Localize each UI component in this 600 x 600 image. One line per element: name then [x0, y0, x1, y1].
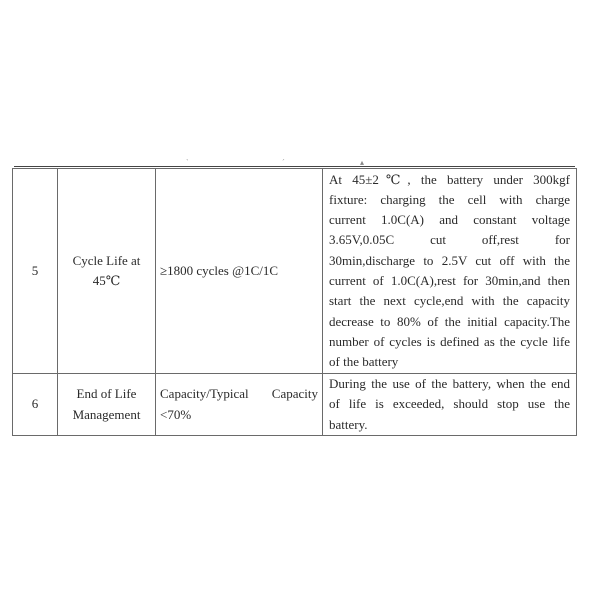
- table-row: 6 End of Life Management Capacity/Typica…: [13, 374, 577, 436]
- test-description: During the use of the battery, when the …: [323, 374, 577, 436]
- row-number: 5: [13, 169, 58, 374]
- desc-line: 30min,discharge to 2.5V cut off with the: [329, 251, 570, 271]
- desc-line: number of cycles is defined as the cycle…: [329, 332, 570, 352]
- item-name: End of Life Management: [58, 374, 156, 436]
- desc-line: During the use of the battery, when the …: [329, 374, 570, 394]
- scan-artifact: `: [186, 158, 189, 167]
- scan-artifact: ▴: [360, 158, 364, 167]
- requirement: Capacity/Typical Capacity <70%: [156, 374, 323, 436]
- row-number: 6: [13, 374, 58, 436]
- desc-line: start the next cycle,end with the capaci…: [329, 291, 570, 311]
- desc-line: fixture: charging the cell with charge: [329, 190, 570, 210]
- desc-line: of the battery: [329, 352, 570, 372]
- item-name: Cycle Life at 45℃: [58, 169, 156, 374]
- desc-line: battery.: [329, 415, 570, 435]
- desc-line: of life is exceeded, should stop use the: [329, 394, 570, 414]
- desc-line: At 45±2℃, the battery under 300kgf: [329, 170, 570, 190]
- desc-line: decrease to 80% of the initial capacity.…: [329, 312, 570, 332]
- desc-line: current 1.0C(A) and constant voltage: [329, 210, 570, 230]
- scan-artifact: ´: [282, 158, 285, 167]
- desc-line: current of 1.0C(A),rest for 30min,and th…: [329, 271, 570, 291]
- table-top-rule: [14, 166, 575, 167]
- table-row: 5 Cycle Life at 45℃ ≥1800 cycles @1C/1C …: [13, 169, 577, 374]
- spec-table: 5 Cycle Life at 45℃ ≥1800 cycles @1C/1C …: [12, 168, 577, 436]
- desc-line: 3.65V,0.05C cut off,rest for: [329, 230, 570, 250]
- test-description: At 45±2℃, the battery under 300kgf fixtu…: [323, 169, 577, 374]
- requirement: ≥1800 cycles @1C/1C: [156, 169, 323, 374]
